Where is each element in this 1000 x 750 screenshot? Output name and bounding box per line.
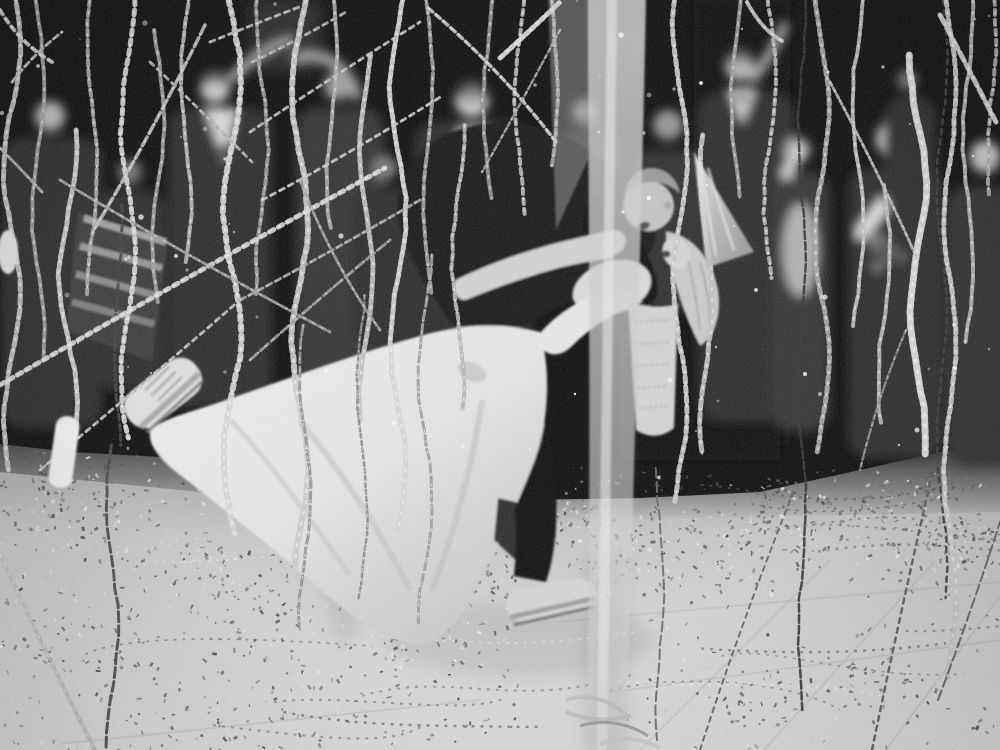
vignette bbox=[0, 0, 1000, 750]
photo-stage bbox=[0, 0, 1000, 750]
wedding-dip-photo bbox=[0, 0, 1000, 750]
